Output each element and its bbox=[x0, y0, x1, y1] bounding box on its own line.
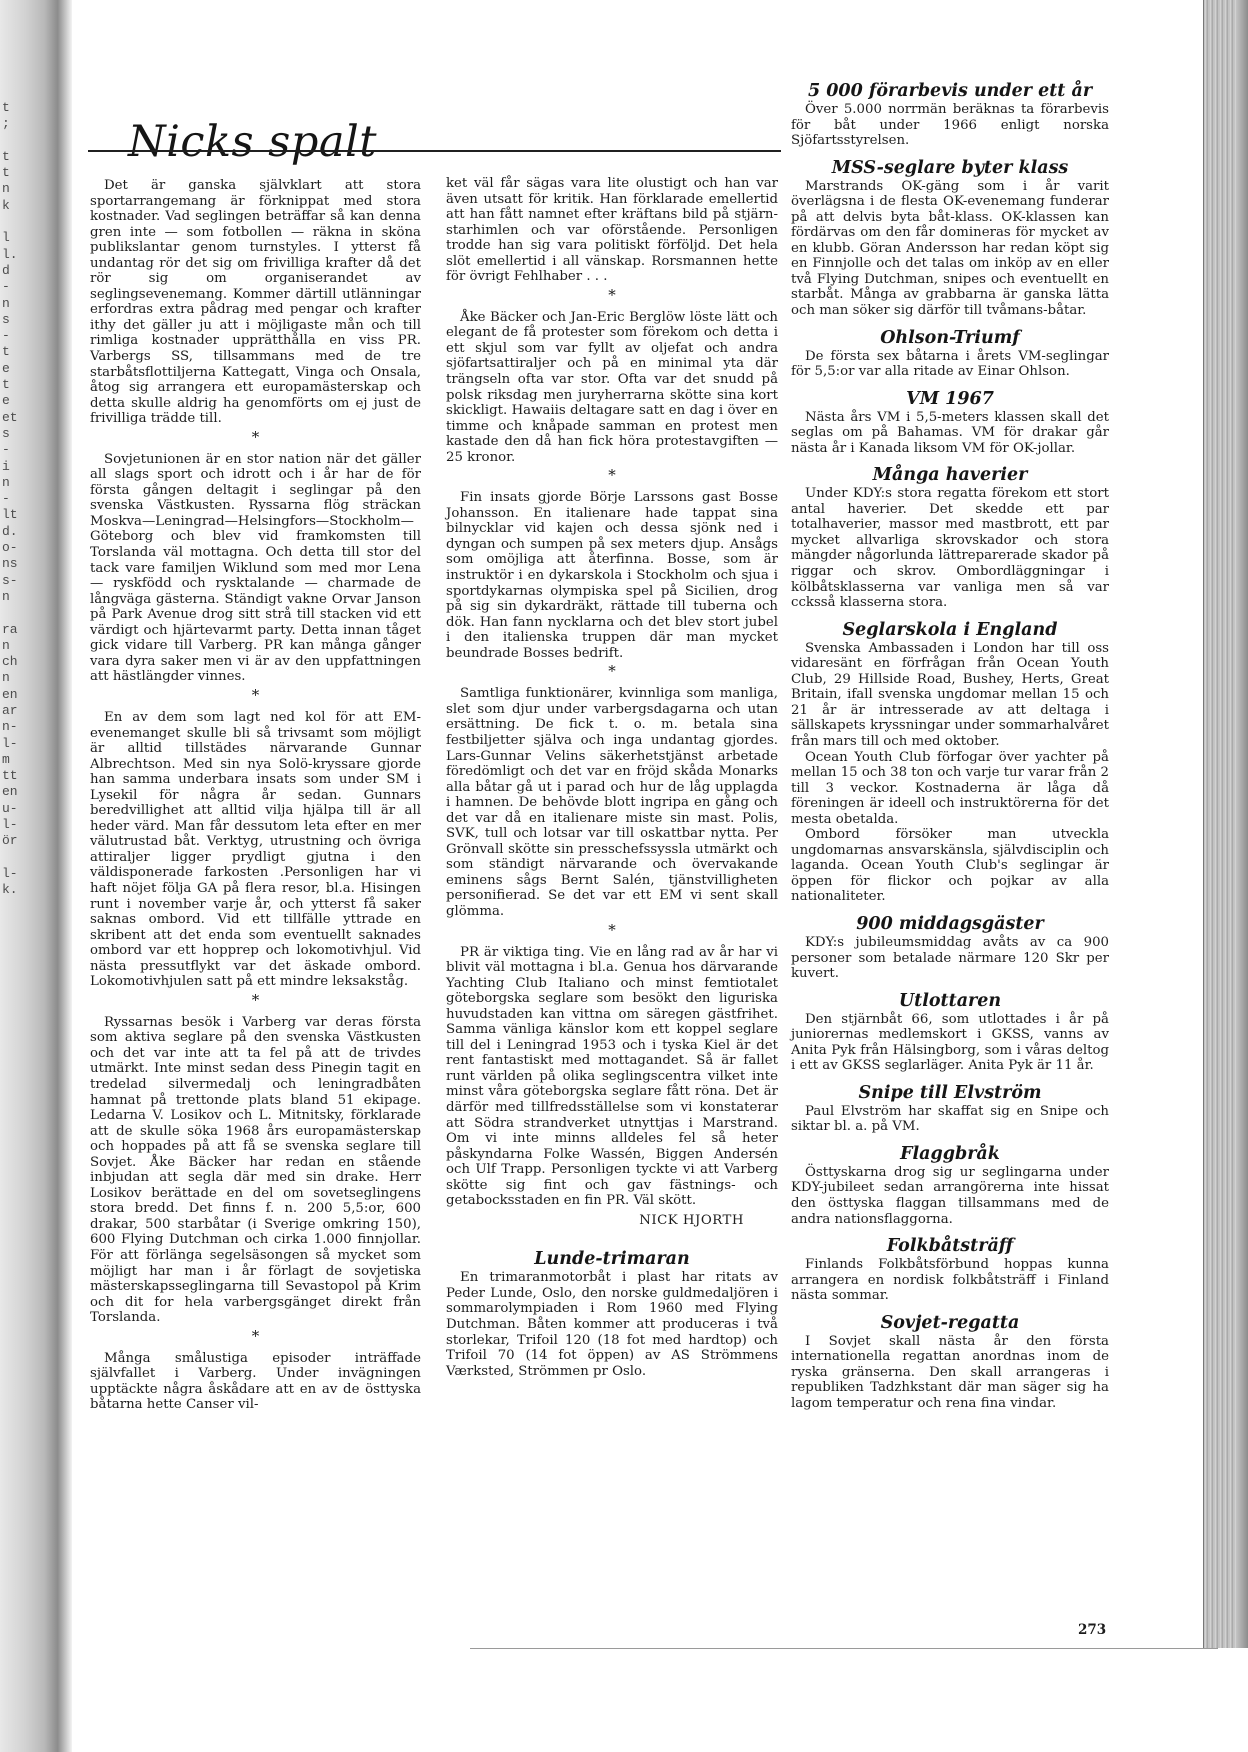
news-body: Ombord försöker man utveckla ungdomarnas… bbox=[791, 827, 1109, 905]
title-rule bbox=[88, 150, 781, 152]
news-heading: Snipe till Elvström bbox=[791, 1082, 1109, 1104]
page-number: 273 bbox=[1078, 1622, 1106, 1638]
paragraph: Många smålustiga episoder inträffade sjä… bbox=[90, 1351, 421, 1413]
left-column: Det är ganska självklart att stora sport… bbox=[90, 178, 421, 1413]
news-body: En trimaranmotorbåt i plast har ritats a… bbox=[446, 1270, 778, 1379]
paragraph: Samtliga funktionärer, kvinnliga som man… bbox=[446, 686, 778, 919]
section-separator: * bbox=[446, 662, 778, 680]
paragraph: ket väl får sägas vara lite olustigt och… bbox=[446, 176, 778, 285]
paragraph: PR är viktiga ting. Vie en lång rad av å… bbox=[446, 945, 778, 1209]
page-edge-stack bbox=[1203, 0, 1248, 1648]
news-body: Nästa års VM i 5,5-meters klassen skall … bbox=[791, 410, 1109, 457]
news-body: Paul Elvström har skaffat sig en Snipe o… bbox=[791, 1104, 1109, 1135]
news-heading: 5 000 förarbevis under ett år bbox=[791, 80, 1109, 102]
news-heading: Ohlson-Triumf bbox=[791, 327, 1109, 349]
paragraph: Det är ganska självklart att stora sport… bbox=[90, 178, 421, 427]
section-separator: * bbox=[446, 921, 778, 939]
author-signature: NICK HJORTH bbox=[446, 1213, 778, 1229]
news-heading: Många haverier bbox=[791, 464, 1109, 486]
news-heading: VM 1967 bbox=[791, 388, 1109, 410]
page-bottom-edge bbox=[470, 1648, 1218, 1649]
bleed-through-text: t ; t t n k l l. d - n s - t e t e et s … bbox=[2, 100, 22, 899]
section-separator: * bbox=[446, 466, 778, 484]
news-body: De första sex båtarna i årets VM-segling… bbox=[791, 349, 1109, 380]
paragraph: Åke Bäcker och Jan-Eric Berglöw löste lä… bbox=[446, 310, 778, 465]
news-heading: Utlottaren bbox=[791, 990, 1109, 1012]
news-heading: MSS-seglare byter klass bbox=[791, 157, 1109, 179]
section-separator: * bbox=[446, 286, 778, 304]
news-heading: Seglarskola i England bbox=[791, 619, 1109, 641]
news-body: Över 5.000 norrmän beräknas ta förarbevi… bbox=[791, 102, 1109, 149]
section-separator: * bbox=[90, 991, 421, 1009]
news-body: Ocean Youth Club förfogar över yachter p… bbox=[791, 750, 1109, 828]
news-body: KDY:s jubileumsmiddag avåts av ca 900 pe… bbox=[791, 935, 1109, 982]
news-heading: Lunde-trimaran bbox=[446, 1248, 778, 1270]
news-heading: 900 middagsgäster bbox=[791, 913, 1109, 935]
news-body: I Sovjet skall nästa år den första inter… bbox=[791, 1334, 1109, 1412]
news-heading: Sovjet-regatta bbox=[791, 1312, 1109, 1334]
news-body: Finlands Folkbåtsförbund hoppas kunna ar… bbox=[791, 1257, 1109, 1304]
news-body: Marstrands OK-gäng som i år varit överlä… bbox=[791, 179, 1109, 319]
section-separator: * bbox=[90, 686, 421, 704]
binding-gutter: t ; t t n k l l. d - n s - t e t e et s … bbox=[0, 0, 72, 1752]
paragraph: Ryssarnas besök i Varberg var deras förs… bbox=[90, 1015, 421, 1326]
right-column: 5 000 förarbevis under ett år Över 5.000… bbox=[791, 80, 1109, 1411]
news-body: Under KDY:s stora regatta förekom ett st… bbox=[791, 486, 1109, 610]
paragraph: Sovjetunionen är en stor nation när det … bbox=[90, 452, 421, 685]
middle-column: ket väl får sägas vara lite olustigt och… bbox=[446, 176, 778, 1379]
paragraph: Fin insats gjorde Börje Larssons gast Bo… bbox=[446, 490, 778, 661]
news-body: Svenska Ambassaden i London har till oss… bbox=[791, 641, 1109, 750]
news-heading: Folkbåtsträff bbox=[791, 1235, 1109, 1257]
news-heading: Flaggbråk bbox=[791, 1143, 1109, 1165]
news-body: Den stjärnbåt 66, som utlottades i år på… bbox=[791, 1012, 1109, 1074]
column-title: Nicks spalt bbox=[128, 117, 377, 167]
news-body: Östtyskarna drog sig ur seglingarna unde… bbox=[791, 1165, 1109, 1227]
section-separator: * bbox=[90, 428, 421, 446]
paragraph: En av dem som lagt ned kol för att EM-ev… bbox=[90, 710, 421, 990]
section-separator: * bbox=[90, 1327, 421, 1345]
